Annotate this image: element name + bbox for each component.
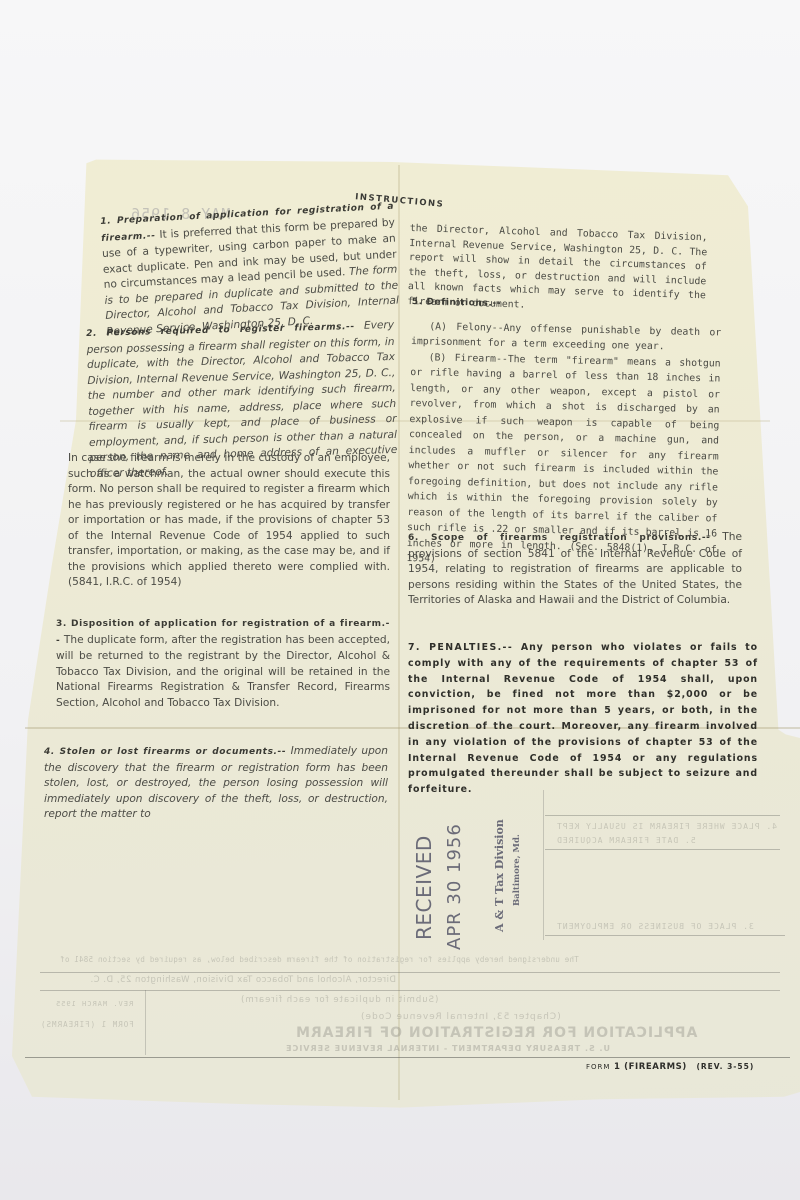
form-rule-1 — [545, 815, 780, 816]
ghost-to-line: Director, Alcohol and Tobacco Tax Divisi… — [90, 975, 396, 985]
section-5-heading: 5. Definitions.-- — [412, 297, 502, 309]
received-stamp: RECEIVED — [412, 835, 436, 940]
section-2-cont: In case the firearm is merely in the cus… — [68, 451, 390, 591]
form-vrule-2 — [145, 990, 146, 1055]
ghost-subtitle: (Chapter 53, Internal Revenue Code) — [360, 1012, 561, 1022]
section-2-heading: 2. Persons required to register firearms… — [86, 322, 355, 339]
document-photo: MAY 8 1956 INSTRUCTIONS 1. Preparation o… — [0, 0, 800, 1200]
section-3: 3. Disposition of application for regist… — [56, 616, 390, 711]
form-revision: (REV. 3-55) — [696, 1062, 754, 1071]
ghost-rev-left: REV. MARCH 1955 — [55, 1000, 133, 1008]
ghost-place-kept: 4. PLACE WHERE FIREARM IS USUALLY KEPT — [556, 822, 777, 831]
section-4: 4. Stolen or lost firearms or documents.… — [44, 744, 388, 823]
ghost-form-title: APPLICATION FOR REGISTRATION OF FIREARM — [295, 1025, 697, 1041]
stamp-city: Baltimore, Md. — [512, 834, 522, 906]
ghost-department: U. S. TREASURY DEPARTMENT - INTERNAL REV… — [285, 1044, 610, 1053]
stamp-received: RECEIVED — [412, 835, 436, 940]
ghost-submit-note: (Submit in duplicate for each firearm) — [240, 995, 438, 1005]
right-column-s6: 6. Scope of firearms registration provis… — [408, 530, 742, 620]
stamp-division: A & T Tax Division — [493, 819, 506, 932]
received-stamp-city: Baltimore, Md. — [512, 834, 522, 906]
form-vrule-1 — [543, 790, 544, 940]
section-1-body: It is preferred that this form be prepar… — [102, 216, 397, 291]
received-stamp-date: APR 30 1956 — [444, 823, 465, 950]
section-4-heading: 4. Stolen or lost firearms or documents.… — [44, 747, 286, 757]
ghost-date-acquired: 5. DATE FIREARM ACQUIRED — [556, 836, 696, 845]
ghost-form-left: FORM 1 (FIREARMS) — [40, 1020, 134, 1029]
form-word: FORM — [586, 1063, 610, 1071]
form-rule-4 — [40, 972, 780, 973]
ghost-place-business: 3. PLACE OF BUSINESS OR EMPLOYMENT — [556, 922, 754, 931]
form-rule-6 — [25, 1057, 790, 1058]
left-column-s2b: In case the firearm is merely in the cus… — [68, 451, 390, 602]
section-7-body: Any person who violates or fails to comp… — [408, 642, 758, 795]
left-column-s3: 3. Disposition of application for regist… — [56, 616, 390, 722]
stamp-date: APR 30 1956 — [444, 823, 465, 950]
section-7-heading: 7. PENALTIES.-- — [408, 642, 513, 653]
left-column-s4: 4. Stolen or lost firearms or documents.… — [44, 744, 388, 834]
form-rule-3 — [545, 935, 785, 936]
form-rule-5 — [40, 990, 780, 991]
section-3-body: The duplicate form, after the registrati… — [56, 634, 390, 709]
form-rule-2 — [545, 849, 780, 850]
form-number: 1 (FIREARMS) — [614, 1062, 687, 1072]
section-6: 6. Scope of firearms registration provis… — [408, 530, 742, 609]
ghost-undersigned: The undersigned hereby applies for regis… — [60, 955, 579, 964]
section-7-penalties: 7. PENALTIES.-- Any person who violates … — [408, 640, 758, 798]
received-stamp-division: A & T Tax Division — [493, 819, 506, 932]
section-6-heading: 6. Scope of firearms registration provis… — [408, 533, 711, 543]
form-identifier: FORM 1 (FIREARMS) (REV. 3-55) — [586, 1062, 754, 1072]
